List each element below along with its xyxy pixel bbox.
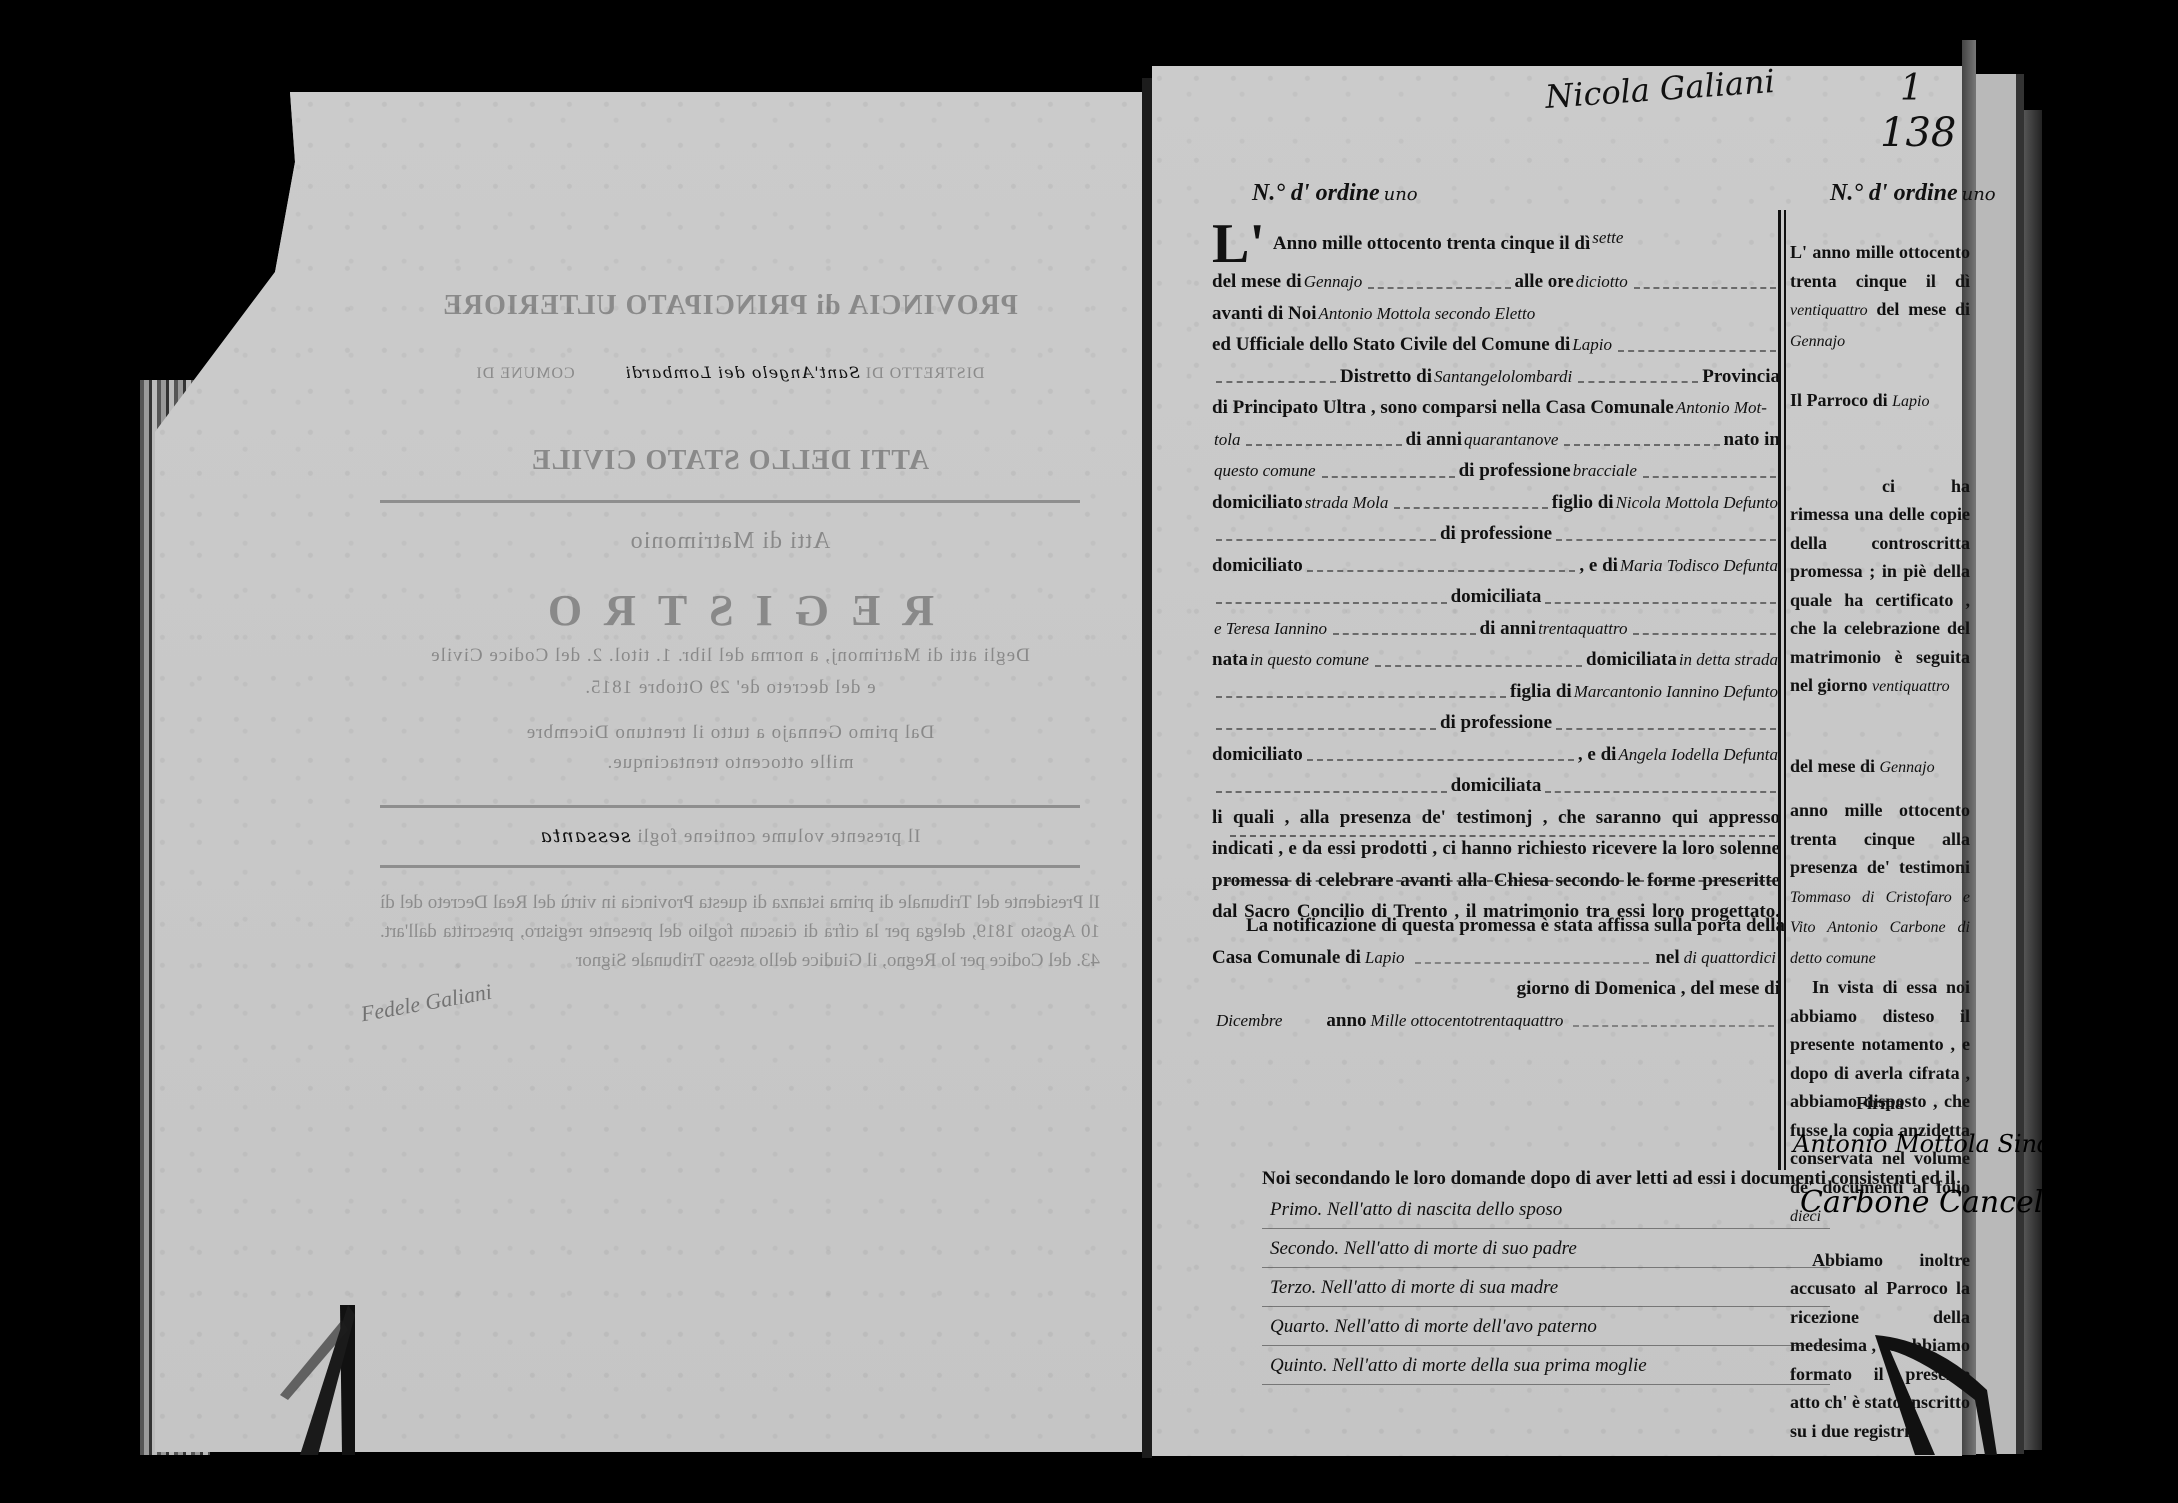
month-field: Gennajo bbox=[1302, 266, 1365, 298]
side-order-number: N.° d' ordineuno bbox=[1830, 180, 1996, 207]
notification-section: La notificazione di questa promessa è st… bbox=[1212, 910, 1780, 1036]
record-line-groom-father: domiciliato strada Mola figlio di Nicola… bbox=[1212, 487, 1780, 519]
volume-line: Il presente volume contiene fogli sessan… bbox=[380, 825, 1080, 848]
record-line-bride-birth: nata in questo comune domiciliata in det… bbox=[1212, 644, 1780, 676]
bride-mother-field: Angela Iodella Defunta bbox=[1616, 739, 1780, 771]
record-line-bride-father-prof: di professione bbox=[1212, 707, 1780, 739]
document-item: Quinto. Nell'atto di morte della sua pri… bbox=[1262, 1346, 1830, 1385]
next-page-edge bbox=[1976, 74, 2024, 1454]
documents-section: Noi secondando le loro domande dopo di a… bbox=[1262, 1168, 1962, 1385]
record-line-father-profession: di professione bbox=[1212, 518, 1780, 550]
title-rule bbox=[380, 500, 1080, 503]
officer-field: Antonio Mottola secondo Eletto bbox=[1317, 298, 1538, 330]
firma-label: Firma bbox=[1790, 1093, 1970, 1114]
section-heading: ATTI DELLO STATO CIVILE bbox=[380, 445, 1080, 477]
left-page-clip bbox=[270, 1290, 380, 1460]
district-field: Santangelolombardi bbox=[1432, 361, 1574, 393]
notification-year-field: Mille ottocentotrentaquattro bbox=[1367, 1005, 1568, 1037]
record-line-groom-mother: domiciliato , e di Maria Todisco Defunta bbox=[1212, 550, 1780, 582]
right-page-clip bbox=[1865, 1330, 2005, 1460]
record-line-bride-mother-dom: domiciliata bbox=[1212, 770, 1780, 802]
groom-father-field: Nicola Mottola Defunto bbox=[1614, 487, 1780, 519]
record-line-officer: avanti di Noi Antonio Mottola secondo El… bbox=[1212, 298, 1780, 330]
book-gutter bbox=[1142, 78, 1152, 1458]
record-line-bride-father: figlia di Marcantonio Iannino Defunto bbox=[1212, 676, 1780, 708]
document-item: Terzo. Nell'atto di morte di sua madre bbox=[1262, 1268, 1830, 1307]
groom-domicile-field: strada Mola bbox=[1303, 487, 1391, 519]
bride-name-field: e Teresa Iannino bbox=[1212, 613, 1329, 645]
subheading: Atti di Matrimonio bbox=[380, 528, 1080, 555]
record-line-appeared: di Principato Ultra , sono comparsi nell… bbox=[1212, 392, 1780, 424]
side-day-field: ventiquattro bbox=[1790, 302, 1868, 319]
corner-mark: 1 bbox=[1900, 68, 1923, 109]
day-field: sette bbox=[1590, 222, 1625, 266]
groom-mother-field: Maria Todisco Defunta bbox=[1618, 550, 1780, 582]
volume-rule-top bbox=[380, 805, 1080, 808]
page-number: 138 bbox=[1880, 110, 1956, 156]
bride-birthplace-field: in questo comune bbox=[1248, 644, 1371, 676]
register-text-1: Degli atti di Matrimonj, a norma del lib… bbox=[380, 645, 1080, 667]
blank-dash-line-2 bbox=[1225, 880, 1775, 882]
document-item: Secondo. Nell'atto di morte di suo padre bbox=[1262, 1229, 1830, 1268]
column-divider bbox=[1778, 210, 1786, 1170]
record-line-district: Distretto di Santangelolombardi Provinci… bbox=[1212, 361, 1780, 393]
record-line-bride-mother: domiciliato , e di Angela Iodella Defunt… bbox=[1212, 739, 1780, 771]
volume-rule-bottom bbox=[380, 865, 1080, 868]
side-month-field: Gennajo bbox=[1790, 333, 1845, 350]
bride-domicile-field: in detta strada bbox=[1677, 644, 1780, 676]
witnesses-field: Tommaso di Cristofaro e Vito Antonio Car… bbox=[1790, 889, 1970, 967]
period-text-1: Dal primo Gennajo a tutto il trentuno Di… bbox=[380, 722, 1080, 744]
parroco-field: Lapio bbox=[1892, 393, 1929, 410]
book-cover-edge bbox=[2024, 110, 2042, 1450]
groom-age-field: quarantanove bbox=[1462, 424, 1560, 456]
record-line-comune: ed Ufficiale dello Stato Civile del Comu… bbox=[1212, 329, 1780, 361]
hour-field: diciotto bbox=[1574, 266, 1630, 298]
signature-sindaco: Antonio Mottola Sindaco bbox=[1793, 1130, 2095, 1158]
groom-name-field: Antonio Mot- bbox=[1674, 392, 1769, 424]
province-heading: PROVINCIA di PRINCIPATO ULTERIORE bbox=[380, 290, 1080, 322]
blank-dash-line-1 bbox=[1230, 835, 1775, 837]
president-paragraph: Il Presidente del Tribunale di prima ist… bbox=[380, 888, 1100, 975]
comune-field: Lapio bbox=[1570, 329, 1614, 361]
record-line-groom-profession: questo comune di professione bracciale bbox=[1212, 455, 1780, 487]
record-line-mother-domicile: domiciliata bbox=[1212, 581, 1780, 613]
groom-birthplace-field: questo comune bbox=[1212, 455, 1318, 487]
record-line-year: L' Anno mille ottocento trenta cinque il… bbox=[1212, 218, 1780, 266]
notification-day-field: di quattordici bbox=[1680, 942, 1780, 974]
documents-intro: Noi secondando le loro domande dopo di a… bbox=[1262, 1168, 1962, 1190]
period-text-2: mille ottocento trentacinque. bbox=[380, 752, 1080, 774]
groom-profession-field: bracciale bbox=[1571, 455, 1639, 487]
record-line-month: del mese di Gennajo alle ore diciotto bbox=[1212, 266, 1780, 298]
register-title: REGISTRO bbox=[380, 585, 1080, 636]
bride-father-field: Marcantonio Iannino Defunto bbox=[1572, 676, 1780, 708]
document-item: Primo. Nell'atto di nascita dello sposo bbox=[1262, 1190, 1830, 1229]
bride-age-field: trentaquattro bbox=[1536, 613, 1629, 645]
district-line: DISTRETTO DI Sant'Angelo dei Lombardi CO… bbox=[380, 363, 1080, 383]
marriage-promise-record: L' Anno mille ottocento trenta cinque il… bbox=[1212, 218, 1780, 928]
record-paragraph: li quali , alla presenza de' testimonj ,… bbox=[1212, 802, 1780, 928]
celebration-month-field: Gennajo bbox=[1880, 759, 1935, 776]
record-line-bride: e Teresa Iannino di anni trentaquattro bbox=[1212, 613, 1780, 645]
register-text-2: e del decreto de' 29 Ottobre 1815. bbox=[380, 677, 1080, 699]
notification-comune-field: Lapio bbox=[1361, 942, 1409, 974]
record-line-groom-age: tola di anni quarantanove nato in bbox=[1212, 424, 1780, 456]
celebration-day-field: ventiquattro bbox=[1872, 678, 1950, 695]
notification-month-field: Dicembre bbox=[1212, 1005, 1286, 1037]
document-item: Quarto. Nell'atto di morte dell'avo pate… bbox=[1262, 1307, 1830, 1346]
order-number: N.° d' ordineuno bbox=[1252, 180, 1418, 207]
